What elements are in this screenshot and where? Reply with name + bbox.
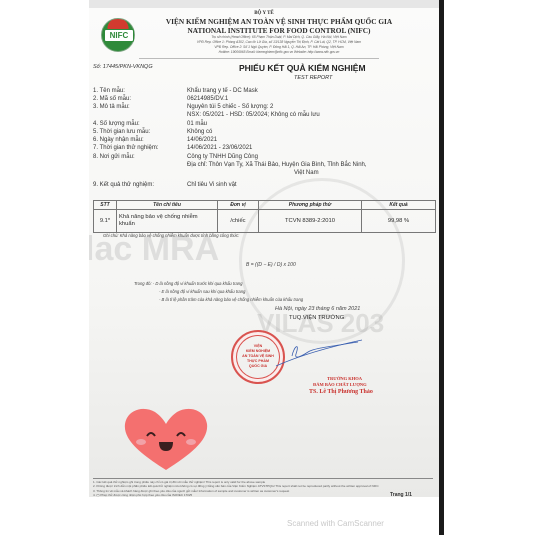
scan-top-band (89, 0, 440, 8)
report-title: PHIẾU KẾT QUẢ KIỂM NGHIỆM (239, 63, 366, 73)
field-value: 01 mẫu (187, 121, 207, 127)
report-number: Số: 17445/PKN-VKNQG (93, 64, 153, 70)
institute-vi: VIỆN KIỂM NGHIỆM AN TOÀN VỆ SINH THỰC PH… (129, 17, 429, 26)
cell-stt: 9.1* (94, 210, 117, 233)
field-value: Địa chỉ: Thôn Vạn Ty, Xã Thái Bảo, Huyện… (187, 162, 367, 168)
report-subtitle: TEST REPORT (294, 75, 332, 81)
address-line: VPĐ Rep. Office 1: Phòng A302, Cao ốc Lữ… (129, 40, 429, 44)
on-behalf: TUQ.VIỆN TRƯỞNG (289, 315, 344, 321)
field-value: Việt Nam (294, 170, 319, 176)
cell-indicator: Khả năng bảo vệ chống nhiễm khuẩn (117, 210, 218, 233)
ministry: BỘ Y TẾ (89, 11, 439, 16)
position-2: ĐẢM BẢO CHẤT LƯỢNG (313, 382, 367, 387)
col-header: Phương pháp thử (259, 201, 362, 210)
position-1: TRƯỞNG KHOA (327, 376, 362, 381)
scan-edge-bar (439, 0, 444, 535)
field-label: 8. Nơi gửi mẫu: (93, 154, 135, 160)
note-e: - E là nồng độ vi khuẩn sau khi qua khẩu… (159, 289, 245, 294)
field-value: Chỉ tiêu Vi sinh vật (187, 182, 237, 188)
field-label: 4. Số lượng mẫu: (93, 121, 140, 127)
field-label: 2. Mã số mẫu: (93, 96, 131, 102)
field-value: Khẩu trang y tế - DC Mask (187, 88, 258, 94)
signer-name: TS. Lê Thị Phương Thảo (309, 389, 373, 395)
field-value: Nguyên túi 5 chiếc - Số lượng: 2 (187, 104, 273, 110)
note-d: Trong đó: - D là nồng độ vi khuẩn trước … (134, 281, 242, 286)
footer-divider (93, 478, 433, 479)
field-label: 5. Thời gian lưu mẫu: (93, 129, 150, 135)
col-header: Đơn vị (218, 201, 259, 210)
field-value: 14/06/2021 (187, 137, 217, 143)
field-value: Không có (187, 129, 212, 135)
address-line: Hotline: 19006965 Email: kiemnghiem@nifc… (129, 50, 429, 54)
address-line: VPĐ Rep. Office 2: Số 1 Ngô Quyền, P. Đô… (129, 45, 429, 49)
field-value: NSX: 05/2021 - HSD: 05/2024; Không có mẫ… (187, 112, 320, 118)
table-header-row: STT Tên chỉ tiêu Đơn vị Phương pháp thử … (94, 201, 436, 210)
cell-result: 99,98 % (362, 210, 436, 233)
field-label: 9. Kết quả thử nghiệm: (93, 182, 154, 188)
table-row: 9.1* Khả năng bảo vệ chống nhiễm khuẩn /… (94, 210, 436, 233)
address-line: Trụ sở chính (Head Office): 65 Phạm Thận… (129, 35, 429, 39)
note-text: Ghi chú: Khả năng bảo vệ chống nhiễm khu… (103, 233, 239, 238)
field-label: 1. Tên mẫu: (93, 88, 125, 94)
footer-note: 2. Không được trích dẫn một phần phiếu k… (93, 484, 379, 488)
note-b: - B là tỉ lệ phần trăm của khả năng bảo … (159, 297, 303, 302)
heart-emoji-icon (121, 406, 211, 472)
document-page: VILAS 203 lac MRA NIFC BỘ Y TẾ VIỆN KIỂM… (89, 8, 439, 497)
signature-icon (274, 338, 364, 368)
vilas-watermark: VILAS 203 (257, 308, 384, 339)
field-value: 06214985/DV.1 (187, 96, 228, 102)
institute-en: NATIONAL INSTITUTE FOR FOOD CONTROL (NIF… (129, 26, 429, 35)
camscanner-watermark: Scanned with CamScanner (287, 519, 384, 528)
cell-unit: /chiếc (218, 210, 259, 233)
field-label: 7. Thời gian thử nghiệm: (93, 145, 159, 151)
header-divider (139, 58, 379, 59)
cell-method: TCVN 8389-2:2010 (259, 210, 362, 233)
field-value: 14/06/2021 - 23/06/2021 (187, 145, 252, 151)
formula: B = ((D − E) / D) x 100 (246, 262, 296, 268)
field-label: 6. Ngày nhận mẫu: (93, 137, 144, 143)
page-number: Trang 1/1 (390, 492, 412, 497)
field-label: 3. Mô tả mẫu: (93, 104, 130, 110)
place-date: Hà Nội, ngày 23 tháng 6 năm 2021 (275, 306, 360, 312)
results-table: STT Tên chỉ tiêu Đơn vị Phương pháp thử … (93, 200, 436, 233)
col-header: STT (94, 201, 117, 210)
field-value: Công ty TNHH Dũng Công (187, 154, 258, 160)
col-header: Kết quả (362, 201, 436, 210)
col-header: Tên chỉ tiêu (117, 201, 218, 210)
